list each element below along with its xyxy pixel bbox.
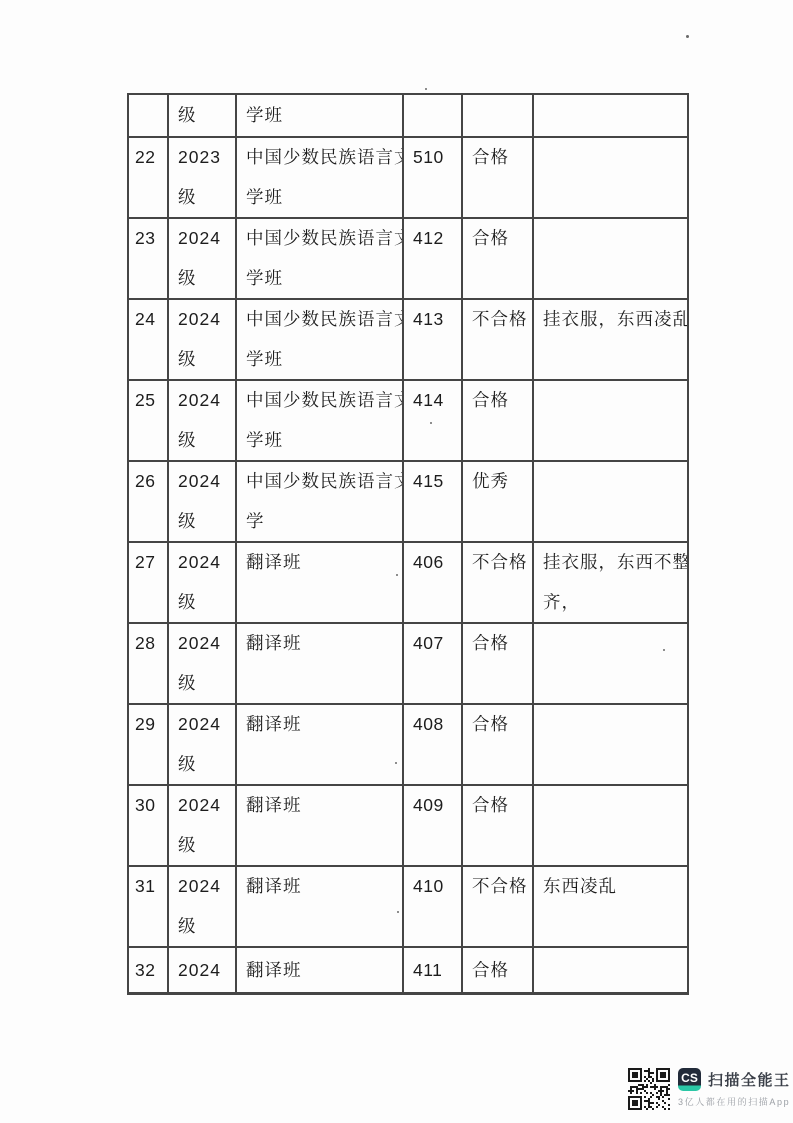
cell-grade-line: 2024	[169, 543, 235, 583]
cell-remark	[533, 380, 688, 461]
cell-class: 翻译班	[236, 866, 403, 947]
table-row: 302024级翻译班409合格	[128, 785, 688, 866]
cell-grade-line: 2024	[169, 462, 235, 502]
cell-remark: 挂衣服，东西不整齐，	[533, 542, 688, 623]
cell-result-line: 不合格	[463, 300, 532, 340]
cell-class: 中国少数民族语言文学班	[236, 299, 403, 380]
cell-index-line: 32	[129, 948, 167, 992]
camscanner-watermark: CS 扫描全能王 3亿人都在用的扫描App	[628, 1068, 791, 1110]
cell-result: 合格	[462, 380, 533, 461]
table-row: 262024级中国少数民族语言文学415优秀	[128, 461, 688, 542]
cell-class: 翻译班	[236, 785, 403, 866]
cell-class-line: 学班	[237, 340, 402, 380]
cell-remark	[533, 218, 688, 299]
cell-class: 翻译班	[236, 704, 403, 785]
cell-room: 411	[403, 947, 462, 994]
cell-index-line: 22	[129, 138, 167, 178]
cell-class-line: 中国少数民族语言文	[237, 138, 402, 178]
cell-grade: 2024级	[168, 461, 236, 542]
cell-class-line: 中国少数民族语言文	[237, 462, 402, 502]
scanned-page: 级学班222023级中国少数民族语言文学班510合格232024级中国少数民族语…	[0, 0, 793, 1123]
cell-index-line: 24	[129, 300, 167, 340]
cell-room-line: 409	[404, 786, 461, 826]
cell-class: 翻译班	[236, 623, 403, 704]
cell-remark	[533, 704, 688, 785]
cell-index: 30	[128, 785, 168, 866]
scan-speck	[396, 574, 398, 576]
cell-grade-line: 2024	[169, 624, 235, 664]
cell-result-line: 合格	[463, 705, 532, 745]
cell-class-line: 中国少数民族语言文	[237, 381, 402, 421]
cell-result-line: 不合格	[463, 867, 532, 907]
cell-grade-line: 级	[169, 178, 235, 218]
cell-result-line: 优秀	[463, 462, 532, 502]
cell-result-line: 合格	[463, 219, 532, 259]
scan-speck	[397, 911, 399, 913]
cell-class: 翻译班	[236, 542, 403, 623]
cell-index: 26	[128, 461, 168, 542]
cell-grade-line: 级	[169, 745, 235, 785]
cell-room	[403, 94, 462, 137]
cell-room-line: 407	[404, 624, 461, 664]
cell-class: 学班	[236, 94, 403, 137]
cell-room-line: 510	[404, 138, 461, 178]
cell-index-line: 31	[129, 867, 167, 907]
cell-grade-line: 2024	[169, 219, 235, 259]
cell-room-line: 413	[404, 300, 461, 340]
cell-class-line: 翻译班	[237, 624, 402, 664]
cell-room-line: 406	[404, 543, 461, 583]
table-row: 312024级翻译班410不合格东西凌乱	[128, 866, 688, 947]
cell-grade: 2024	[168, 947, 236, 994]
app-name: 扫描全能王	[708, 1069, 791, 1090]
cell-grade: 2024级	[168, 542, 236, 623]
cell-grade-line: 2024	[169, 705, 235, 745]
scan-speck	[425, 88, 427, 90]
cell-room-line: 414	[404, 381, 461, 421]
cell-index-line: 23	[129, 219, 167, 259]
cell-index: 25	[128, 380, 168, 461]
cell-room-line: 408	[404, 705, 461, 745]
cell-room-line: 411	[404, 948, 461, 992]
cell-grade-line: 级	[169, 421, 235, 461]
cell-grade: 2024级	[168, 299, 236, 380]
cell-grade: 2024级	[168, 704, 236, 785]
cell-index-line: 28	[129, 624, 167, 664]
cell-class-line: 翻译班	[237, 543, 402, 583]
cell-remark	[533, 623, 688, 704]
cell-remark	[533, 785, 688, 866]
table-body: 级学班222023级中国少数民族语言文学班510合格232024级中国少数民族语…	[128, 94, 688, 994]
cell-index	[128, 94, 168, 137]
cell-index: 31	[128, 866, 168, 947]
cell-room: 510	[403, 137, 462, 218]
cell-room-line: 410	[404, 867, 461, 907]
table-row: 242024级中国少数民族语言文学班413不合格挂衣服，东西凌乱	[128, 299, 688, 380]
table-row: 282024级翻译班407合格	[128, 623, 688, 704]
cell-result-line: 合格	[463, 948, 532, 992]
cell-result-line: 合格	[463, 624, 532, 664]
cell-class-line: 学班	[237, 421, 402, 461]
cell-class-line: 翻译班	[237, 705, 402, 745]
cell-index: 27	[128, 542, 168, 623]
cell-result	[462, 94, 533, 137]
cell-result-line: 不合格	[463, 543, 532, 583]
cell-class-line: 学班	[237, 259, 402, 299]
cell-index: 28	[128, 623, 168, 704]
camscanner-logo-icon: CS	[678, 1068, 701, 1091]
cell-index-line: 29	[129, 705, 167, 745]
cell-result: 合格	[462, 947, 533, 994]
app-tagline: 3亿人都在用的扫描App	[678, 1095, 791, 1108]
cell-room-line: 415	[404, 462, 461, 502]
cell-index-line: 25	[129, 381, 167, 421]
table-row: 252024级中国少数民族语言文学班414合格	[128, 380, 688, 461]
cell-room: 412	[403, 218, 462, 299]
cell-remark-line: 东西凌乱	[534, 867, 687, 907]
cell-index-line: 30	[129, 786, 167, 826]
cell-grade-line: 2024	[169, 300, 235, 340]
cell-class: 中国少数民族语言文学班	[236, 380, 403, 461]
cell-result-line: 合格	[463, 138, 532, 178]
cell-remark-line: 齐，	[534, 583, 687, 623]
cell-class-line: 翻译班	[237, 867, 402, 907]
cell-remark	[533, 947, 688, 994]
cell-result: 合格	[462, 137, 533, 218]
cell-index-line: 26	[129, 462, 167, 502]
cell-index: 23	[128, 218, 168, 299]
cell-index: 32	[128, 947, 168, 994]
cell-grade: 2024级	[168, 623, 236, 704]
cell-index-line: 27	[129, 543, 167, 583]
cell-grade: 2024级	[168, 218, 236, 299]
cell-grade: 2024级	[168, 380, 236, 461]
cell-class: 翻译班	[236, 947, 403, 994]
cell-class-line: 学班	[237, 178, 402, 218]
cell-class: 中国少数民族语言文学	[236, 461, 403, 542]
cell-grade-line: 级	[169, 664, 235, 704]
cell-class: 中国少数民族语言文学班	[236, 218, 403, 299]
cell-remark-line: 挂衣服，东西不整	[534, 543, 687, 583]
dorm-inspection-table: 级学班222023级中国少数民族语言文学班510合格232024级中国少数民族语…	[127, 93, 689, 995]
table-row: 232024级中国少数民族语言文学班412合格	[128, 218, 688, 299]
cell-result: 合格	[462, 785, 533, 866]
cell-remark	[533, 461, 688, 542]
cell-remark: 挂衣服，东西凌乱	[533, 299, 688, 380]
cell-grade-line: 2023	[169, 138, 235, 178]
cell-result: 不合格	[462, 299, 533, 380]
cell-room-line: 412	[404, 219, 461, 259]
cell-index: 24	[128, 299, 168, 380]
cell-room: 409	[403, 785, 462, 866]
cell-class-line: 中国少数民族语言文	[237, 219, 402, 259]
cell-room: 407	[403, 623, 462, 704]
cell-remark-line: 挂衣服，东西凌乱	[534, 300, 687, 340]
cell-result: 不合格	[462, 866, 533, 947]
cell-grade: 2024级	[168, 866, 236, 947]
table-row: 272024级翻译班406不合格挂衣服，东西不整齐，	[128, 542, 688, 623]
cell-index: 22	[128, 137, 168, 218]
cell-room: 413	[403, 299, 462, 380]
cell-result: 不合格	[462, 542, 533, 623]
cell-result: 优秀	[462, 461, 533, 542]
scan-speck	[430, 422, 432, 424]
cell-remark	[533, 94, 688, 137]
cell-grade: 2024级	[168, 785, 236, 866]
cell-grade-line: 级	[169, 826, 235, 866]
cell-result-line: 合格	[463, 381, 532, 421]
cell-grade-line: 级	[169, 907, 235, 947]
table-row: 292024级翻译班408合格	[128, 704, 688, 785]
cell-room: 414	[403, 380, 462, 461]
cell-room: 410	[403, 866, 462, 947]
cell-grade-line: 2024	[169, 381, 235, 421]
cell-room: 415	[403, 461, 462, 542]
cell-result-line: 合格	[463, 786, 532, 826]
cell-grade-line: 级	[169, 259, 235, 299]
cell-index: 29	[128, 704, 168, 785]
cell-result: 合格	[462, 623, 533, 704]
cell-class-line: 学	[237, 502, 402, 542]
cell-class-line: 中国少数民族语言文	[237, 300, 402, 340]
cell-class-line: 翻译班	[237, 786, 402, 826]
cell-class-line: 学班	[237, 95, 402, 136]
scan-speck	[663, 649, 665, 651]
table-row: 222023级中国少数民族语言文学班510合格	[128, 137, 688, 218]
cell-room: 406	[403, 542, 462, 623]
cell-grade-line: 2024	[169, 786, 235, 826]
cell-result: 合格	[462, 218, 533, 299]
cell-grade-line: 2024	[169, 867, 235, 907]
cell-grade-line: 级	[169, 95, 235, 136]
cell-grade-line: 级	[169, 502, 235, 542]
cell-class-line: 翻译班	[237, 948, 402, 992]
table-row: 级学班	[128, 94, 688, 137]
cell-grade: 2023级	[168, 137, 236, 218]
scan-speck	[395, 762, 397, 764]
cell-grade-line: 级	[169, 340, 235, 380]
cell-result: 合格	[462, 704, 533, 785]
cell-grade-line: 级	[169, 583, 235, 623]
cell-remark	[533, 137, 688, 218]
table-row: 322024翻译班411合格	[128, 947, 688, 994]
cell-grade-line: 2024	[169, 948, 235, 992]
cell-grade: 级	[168, 94, 236, 137]
scan-speck	[686, 35, 689, 38]
cell-room: 408	[403, 704, 462, 785]
cell-remark: 东西凌乱	[533, 866, 688, 947]
cell-class: 中国少数民族语言文学班	[236, 137, 403, 218]
qr-code-icon	[628, 1068, 670, 1110]
